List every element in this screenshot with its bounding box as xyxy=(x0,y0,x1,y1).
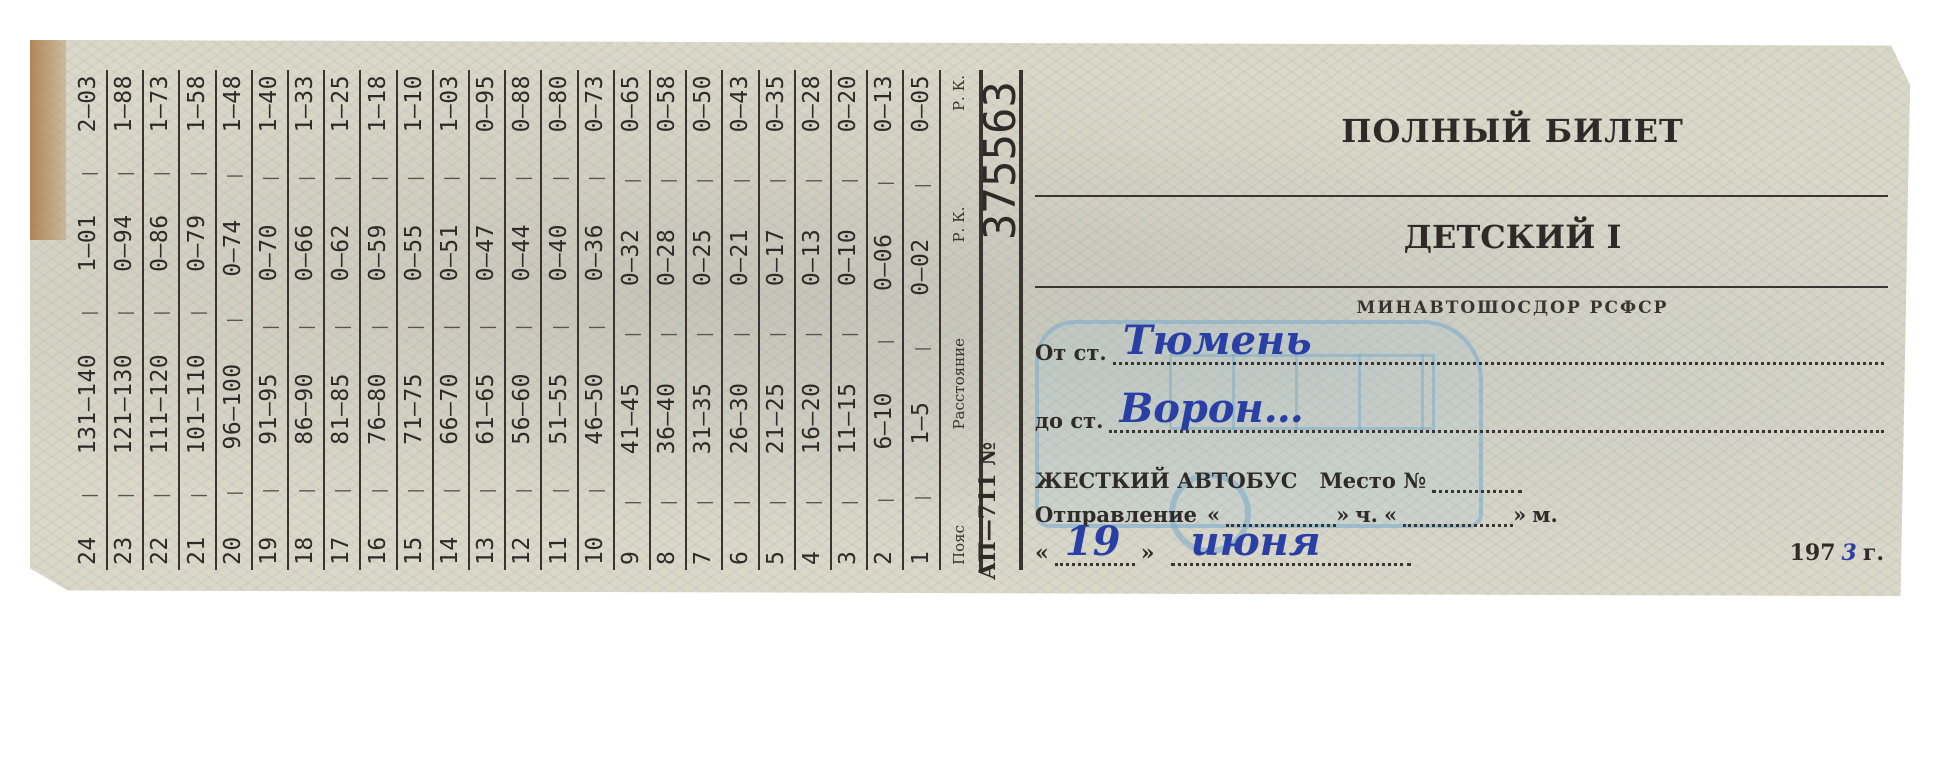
column-separator: | xyxy=(622,497,641,507)
date-month: июня xyxy=(1191,518,1321,565)
fare-distance: 36—40 xyxy=(654,383,680,455)
fare-distance: 31—35 xyxy=(690,383,716,455)
child-ticket-title: ДЕТСКИЙ I xyxy=(1015,218,1910,256)
column-separator: | xyxy=(585,173,604,183)
column-separator: | xyxy=(441,173,460,183)
fare-row: 23|121—130|0—94|1—88 xyxy=(106,70,144,570)
ticket-series: АП—711 № xyxy=(975,442,1001,580)
column-separator: | xyxy=(766,497,785,507)
fare-child: 0—55 xyxy=(401,224,427,281)
fare-distance: 56—60 xyxy=(509,373,535,445)
bus-ticket: 24|131—140|1—01|2—0323|121—130|0—94|1—88… xyxy=(30,40,1910,596)
date-day: 19 xyxy=(1065,518,1121,565)
fare-row: 24|131—140|1—01|2—03 xyxy=(70,70,108,570)
fare-child: 0—36 xyxy=(582,224,608,281)
quote-close: » xyxy=(1336,502,1349,527)
column-separator: | xyxy=(151,490,170,500)
header-zone: Пояс xyxy=(950,525,968,565)
column-separator: | xyxy=(766,329,785,339)
column-separator: | xyxy=(658,176,677,186)
column-separator: | xyxy=(223,171,242,181)
fare-row: 10|46—50|0—36|0—73 xyxy=(577,70,615,570)
from-station-field: От ст. Тюмень xyxy=(1035,340,1884,365)
date-field: « 19 » июня 197 3 г. xyxy=(1035,540,1884,566)
fare-child: 0—02 xyxy=(908,238,934,295)
column-separator: | xyxy=(730,329,749,339)
fare-zone: 13 xyxy=(473,536,499,565)
column-separator: | xyxy=(694,329,713,339)
fare-row: 2|6—10|0—06|0—13 xyxy=(866,70,904,570)
fare-zone: 7 xyxy=(690,551,716,565)
column-separator: | xyxy=(115,168,134,178)
fare-zone: 20 xyxy=(220,536,246,565)
fare-zone: 3 xyxy=(835,551,861,565)
column-separator: | xyxy=(296,322,315,332)
fare-zone: 2 xyxy=(871,551,897,565)
to-station-label: до ст. xyxy=(1035,408,1103,433)
fare-child: 0—62 xyxy=(328,224,354,281)
quote-close: » xyxy=(1141,540,1155,566)
hour-suffix: ч. xyxy=(1355,502,1378,527)
fare-zone: 22 xyxy=(147,536,173,565)
column-separator: | xyxy=(803,329,822,339)
fare-distance: 131—140 xyxy=(75,354,101,454)
fare-distance: 26—30 xyxy=(727,383,753,455)
fare-distance: 81—85 xyxy=(328,373,354,445)
fare-row: 17|81—85|0—62|1—25 xyxy=(323,70,361,570)
column-separator: | xyxy=(79,168,98,178)
fare-row: 16|76—80|0—59|1—18 xyxy=(360,70,398,570)
column-separator: | xyxy=(368,485,387,495)
column-separator: | xyxy=(332,485,351,495)
column-separator: | xyxy=(368,322,387,332)
divider xyxy=(1035,195,1888,197)
fare-row: 7|31—35|0—25|0—50 xyxy=(685,70,723,570)
full-ticket-title: ПОЛНЫЙ БИЛЕТ xyxy=(1015,112,1910,150)
fare-full: 0—43 xyxy=(727,75,753,132)
fare-row: 11|51—55|0—40|0—80 xyxy=(541,70,579,570)
header-price-full: Р. К. xyxy=(950,75,968,111)
column-separator: | xyxy=(549,173,568,183)
fare-row: 22|111—120|0—86|1—73 xyxy=(142,70,180,570)
fare-full: 0—80 xyxy=(546,75,572,132)
fare-distance: 1—5 xyxy=(908,402,934,445)
fare-distance: 51—55 xyxy=(546,373,572,445)
header-price-child: Р. К. xyxy=(950,207,968,243)
divider xyxy=(1035,286,1888,288)
column-separator: | xyxy=(911,344,930,354)
column-separator: | xyxy=(513,322,532,332)
fare-child: 0—40 xyxy=(546,224,572,281)
to-station-field: до ст. Ворон… xyxy=(1035,408,1884,433)
fare-full: 2—03 xyxy=(75,75,101,132)
fare-full: 1—03 xyxy=(437,75,463,132)
fare-distance: 21—25 xyxy=(763,383,789,455)
column-separator: | xyxy=(404,173,423,183)
fare-child: 0—25 xyxy=(690,229,716,286)
fare-zone: 17 xyxy=(328,536,354,565)
column-separator: | xyxy=(875,495,894,505)
fare-zone: 16 xyxy=(365,536,391,565)
fare-child: 0—13 xyxy=(799,229,825,286)
column-separator: | xyxy=(622,329,641,339)
column-separator: | xyxy=(658,329,677,339)
fare-child: 0—79 xyxy=(184,214,210,271)
from-station-label: От ст. xyxy=(1035,340,1107,365)
column-separator: | xyxy=(368,173,387,183)
column-separator: | xyxy=(803,497,822,507)
fare-zone: 21 xyxy=(184,536,210,565)
fare-row: 8|36—40|0—28|0—58 xyxy=(649,70,687,570)
fare-distance: 61—65 xyxy=(473,373,499,445)
fare-row: 18|86—90|0—66|1—33 xyxy=(287,70,325,570)
column-separator: | xyxy=(79,490,98,500)
fare-child: 0—06 xyxy=(871,234,897,291)
column-separator: | xyxy=(875,336,894,346)
fare-distance: 111—120 xyxy=(147,354,173,454)
column-separator: | xyxy=(875,178,894,188)
fare-row: 14|66—70|0—51|1—03 xyxy=(432,70,470,570)
fare-child: 0—86 xyxy=(147,214,173,271)
fare-full: 1—73 xyxy=(147,75,173,132)
fare-child: 0—51 xyxy=(437,224,463,281)
column-separator: | xyxy=(839,497,858,507)
fare-full: 1—10 xyxy=(401,75,427,132)
column-separator: | xyxy=(332,173,351,183)
fare-full: 0—95 xyxy=(473,75,499,132)
fare-full: 1—33 xyxy=(292,75,318,132)
fare-distance: 96—100 xyxy=(220,363,246,449)
column-separator: | xyxy=(477,173,496,183)
fare-zone: 10 xyxy=(582,536,608,565)
fare-distance: 66—70 xyxy=(437,373,463,445)
fare-row: 20|96—100|0—74|1—48 xyxy=(215,70,253,570)
fare-full: 1—58 xyxy=(184,75,210,132)
column-separator: | xyxy=(658,497,677,507)
fare-full: 1—40 xyxy=(256,75,282,132)
column-separator: | xyxy=(730,497,749,507)
bus-seat-field: ЖЕСТКИЙ АВТОБУС Место № xyxy=(1035,468,1884,493)
column-separator: | xyxy=(260,322,279,332)
fare-full: 1—48 xyxy=(220,75,246,132)
fare-child: 0—44 xyxy=(509,224,535,281)
fare-distance: 6—10 xyxy=(871,392,897,449)
column-separator: | xyxy=(839,176,858,186)
fare-full: 0—73 xyxy=(582,75,608,132)
column-separator: | xyxy=(260,485,279,495)
fare-distance: 41—45 xyxy=(618,383,644,455)
fare-distance: 11—15 xyxy=(835,383,861,455)
fare-full: 0—88 xyxy=(509,75,535,132)
fare-zone: 5 xyxy=(763,551,789,565)
fare-full: 0—65 xyxy=(618,75,644,132)
fare-row: 5|21—25|0—17|0—35 xyxy=(758,70,796,570)
fare-full: 0—28 xyxy=(799,75,825,132)
header-distance: Расстояние xyxy=(950,338,968,430)
fare-zone: 9 xyxy=(618,551,644,565)
fare-full: 1—25 xyxy=(328,75,354,132)
fare-distance: 86—90 xyxy=(292,373,318,445)
fare-child: 0—10 xyxy=(835,229,861,286)
column-separator: | xyxy=(513,173,532,183)
fare-distance: 121—130 xyxy=(111,354,137,454)
fare-child: 0—28 xyxy=(654,229,680,286)
fare-row: 1|1—5|0—02|0—05 xyxy=(903,70,941,570)
fare-zone: 24 xyxy=(75,536,101,565)
column-separator: | xyxy=(151,168,170,178)
column-separator: | xyxy=(441,322,460,332)
column-separator: | xyxy=(223,315,242,325)
column-separator: | xyxy=(223,488,242,498)
fare-full: 1—88 xyxy=(111,75,137,132)
tape-stain xyxy=(30,40,66,240)
column-separator: | xyxy=(441,485,460,495)
fare-distance: 16—20 xyxy=(799,383,825,455)
fare-row: 3|11—15|0—10|0—20 xyxy=(830,70,868,570)
ticket-stub: ПОЛНЫЙ БИЛЕТ ДЕТСКИЙ I МИНАВТОШОСДОР РСФ… xyxy=(1015,40,1910,596)
quote-open: « xyxy=(1035,540,1049,566)
fare-distance: 76—80 xyxy=(365,373,391,445)
fare-full: 0—13 xyxy=(871,75,897,132)
fare-distance: 101—110 xyxy=(184,354,210,454)
from-station-value: Тюмень xyxy=(1123,317,1312,364)
fare-zone: 15 xyxy=(401,536,427,565)
fare-child: 0—32 xyxy=(618,229,644,286)
column-separator: | xyxy=(911,180,930,190)
column-separator: | xyxy=(549,485,568,495)
column-separator: | xyxy=(477,485,496,495)
column-separator: | xyxy=(694,497,713,507)
fare-distance: 46—50 xyxy=(582,373,608,445)
fare-row: 13|61—65|0—47|0—95 xyxy=(468,70,506,570)
column-separator: | xyxy=(151,308,170,318)
fare-zone: 14 xyxy=(437,536,463,565)
column-separator: | xyxy=(296,485,315,495)
ministry-label: МИНАВТОШОСДОР РСФСР xyxy=(1015,298,1910,318)
seat-label: Место № xyxy=(1319,468,1426,493)
fare-full: 0—20 xyxy=(835,75,861,132)
date-year-digit: 3 xyxy=(1842,540,1857,566)
fare-row: 6|26—30|0—21|0—43 xyxy=(722,70,760,570)
column-separator: | xyxy=(187,168,206,178)
fare-full: 0—50 xyxy=(690,75,716,132)
fare-row: 19|91—95|0—70|1—40 xyxy=(251,70,289,570)
date-year-suffix: г. xyxy=(1863,540,1884,566)
column-separator: | xyxy=(911,493,930,503)
fare-row: 9|41—45|0—32|0—65 xyxy=(613,70,651,570)
fare-row: 15|71—75|0—55|1—10 xyxy=(396,70,434,570)
fare-distance: 71—75 xyxy=(401,373,427,445)
column-separator: | xyxy=(803,176,822,186)
column-separator: | xyxy=(622,176,641,186)
column-separator: | xyxy=(404,485,423,495)
fare-full: 0—58 xyxy=(654,75,680,132)
fare-child: 0—21 xyxy=(727,229,753,286)
fare-child: 1—01 xyxy=(75,214,101,271)
fare-child: 0—59 xyxy=(365,224,391,281)
column-separator: | xyxy=(839,329,858,339)
column-separator: | xyxy=(79,308,98,318)
fare-full: 0—05 xyxy=(908,75,934,132)
column-separator: | xyxy=(332,322,351,332)
fare-child: 0—17 xyxy=(763,229,789,286)
fare-distance: 91—95 xyxy=(256,373,282,445)
column-separator: | xyxy=(477,322,496,332)
column-separator: | xyxy=(115,308,134,318)
fare-child: 0—70 xyxy=(256,224,282,281)
quote-open: « xyxy=(1384,502,1397,527)
column-separator: | xyxy=(115,490,134,500)
fare-child: 0—47 xyxy=(473,224,499,281)
fare-zone: 8 xyxy=(654,551,680,565)
column-separator: | xyxy=(513,485,532,495)
to-station-value: Ворон… xyxy=(1119,385,1303,432)
fare-zone: 12 xyxy=(509,536,535,565)
column-separator: | xyxy=(404,322,423,332)
date-year-prefix: 197 xyxy=(1790,540,1836,566)
fare-zone: 23 xyxy=(111,536,137,565)
fare-child: 0—94 xyxy=(111,214,137,271)
fare-zone: 19 xyxy=(256,536,282,565)
fare-row: 21|101—110|0—79|1—58 xyxy=(179,70,217,570)
fare-child: 0—74 xyxy=(220,219,246,276)
fare-child: 0—66 xyxy=(292,224,318,281)
fare-row: 4|16—20|0—13|0—28 xyxy=(794,70,832,570)
fare-full: 1—18 xyxy=(365,75,391,132)
column-separator: | xyxy=(585,322,604,332)
minute-suffix: м. xyxy=(1532,502,1558,527)
fare-zone: 1 xyxy=(908,551,934,565)
quote-close: » xyxy=(1513,502,1526,527)
departure-field: Отправление « » ч. « » м. xyxy=(1035,502,1884,527)
column-separator: | xyxy=(694,176,713,186)
fare-row: 12|56—60|0—44|0—88 xyxy=(504,70,542,570)
fare-zone: 11 xyxy=(546,536,572,565)
column-separator: | xyxy=(260,173,279,183)
column-separator: | xyxy=(585,485,604,495)
fare-zone: 6 xyxy=(727,551,753,565)
fare-full: 0—35 xyxy=(763,75,789,132)
column-separator: | xyxy=(730,176,749,186)
fare-zone: 18 xyxy=(292,536,318,565)
column-separator: | xyxy=(549,322,568,332)
column-separator: | xyxy=(187,308,206,318)
fare-zone: 4 xyxy=(799,551,825,565)
column-separator: | xyxy=(766,176,785,186)
column-separator: | xyxy=(296,173,315,183)
bus-type-label: ЖЕСТКИЙ АВТОБУС xyxy=(1035,468,1297,493)
column-separator: | xyxy=(187,490,206,500)
